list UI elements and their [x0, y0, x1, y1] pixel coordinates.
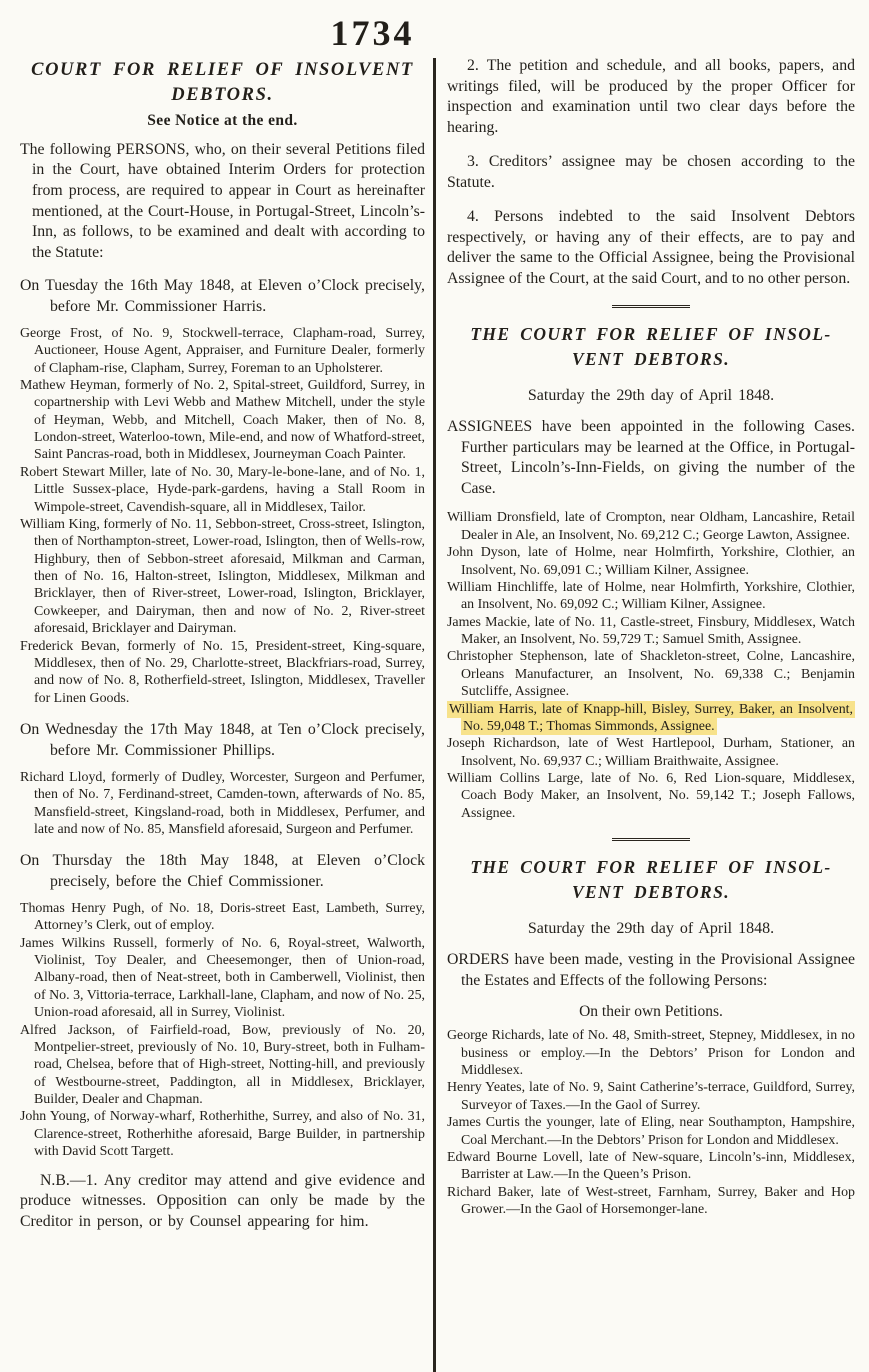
debtor-entry: Thomas Henry Pugh, of No. 18, Doris-stre… — [20, 900, 425, 935]
assignee-entry: William Collins Large, late of No. 6, Re… — [447, 770, 855, 822]
debtor-entry: John Young, of Norway-wharf, Rotherhithe… — [20, 1108, 425, 1160]
court-title-line-1: COURT FOR RELIEF OF INSOLVENT — [31, 60, 414, 80]
orders-section-title: THE COURT FOR RELIEF OF INSOL- VENT DEBT… — [447, 855, 855, 904]
assignees-title-line-1: THE COURT FOR RELIEF OF INSOL- — [470, 324, 831, 344]
petition-entry: Richard Baker, late of West-street, Farn… — [447, 1184, 855, 1219]
debtor-entry: Robert Stewart Miller, late of No. 30, M… — [20, 464, 425, 516]
court-title-line-2: DEBTORS. — [171, 85, 273, 105]
assignee-entry: Christopher Stephenson, late of Shacklet… — [447, 648, 855, 700]
assignee-entry: Joseph Richardson, late of West Hartlepo… — [447, 735, 855, 770]
see-notice-line: See Notice at the end. — [20, 112, 425, 130]
orders-title-line-2: VENT DEBTORS. — [572, 882, 730, 902]
sitting-heading-thursday: On Thursday the 18th May 1848, at Eleven… — [20, 851, 425, 893]
petitions-subheading: On their own Petitions. — [447, 1003, 855, 1021]
intro-paragraph: The following PERSONS, who, on their sev… — [20, 140, 425, 263]
petition-entry: Henry Yeates, late of No. 9, Saint Cathe… — [447, 1079, 855, 1114]
debtor-entry: Mathew Heyman, formerly of No. 2, Spital… — [20, 377, 425, 464]
section-divider-rule — [612, 838, 690, 841]
nota-bene-paragraph: N.B.—1. Any creditor may attend and give… — [20, 1171, 425, 1233]
column-divider-rule — [433, 58, 436, 1372]
sitting-heading-wednesday: On Wednesday the 17th May 1848, at Ten o… — [20, 720, 425, 762]
debtor-entry: Richard Lloyd, formerly of Dudley, Worce… — [20, 769, 425, 839]
court-title: COURT FOR RELIEF OF INSOLVENT DEBTORS. — [20, 58, 425, 108]
assignees-title-line-2: VENT DEBTORS. — [572, 349, 730, 369]
orders-intro: ORDERS have been made, vesting in the Pr… — [447, 950, 855, 991]
highlight-marker: William Harris, late of Knapp-hill, Bisl… — [447, 701, 855, 735]
assignees-section-title: THE COURT FOR RELIEF OF INSOL- VENT DEBT… — [447, 322, 855, 371]
sitting-heading-tuesday: On Tuesday the 16th May 1848, at Eleven … — [20, 276, 425, 318]
assignee-entry: William Hinchliffe, late of Holme, near … — [447, 579, 855, 614]
assignee-entry-highlighted: William Harris, late of Knapp-hill, Bisl… — [447, 701, 855, 736]
debtor-entry: William King, formerly of No. 11, Sebbon… — [20, 516, 425, 638]
numbered-note: 4. Persons indebted to the said Insolven… — [447, 207, 855, 289]
assignee-entry: John Dyson, late of Holme, near Holmfirt… — [447, 544, 855, 579]
debtor-entry: James Wilkins Russell, formerly of No. 6… — [20, 935, 425, 1022]
section-divider-rule — [612, 305, 690, 308]
numbered-note: 2. The petition and schedule, and all bo… — [447, 56, 855, 138]
left-column: COURT FOR RELIEF OF INSOLVENT DEBTORS. S… — [20, 56, 425, 1232]
assignee-entry: James Mackie, late of No. 11, Castle-str… — [447, 614, 855, 649]
right-column: 2. The petition and schedule, and all bo… — [447, 56, 855, 1218]
petition-entry: George Richards, late of No. 48, Smith-s… — [447, 1027, 855, 1079]
debtor-entry: Frederick Bevan, formerly of No. 15, Pre… — [20, 638, 425, 708]
assignee-entry: William Dronsfield, late of Crompton, ne… — [447, 509, 855, 544]
petition-entry: Edward Bourne Lovell, late of New-square… — [447, 1149, 855, 1184]
debtor-entry: George Frost, of No. 9, Stockwell-terrac… — [20, 325, 425, 377]
numbered-note: 3. Creditors’ assignee may be chosen acc… — [447, 152, 855, 193]
assignees-section-date: Saturday the 29th day of April 1848. — [447, 387, 855, 405]
petition-entry: James Curtis the younger, late of Eling,… — [447, 1114, 855, 1149]
assignees-intro: ASSIGNEES have been appointed in the fol… — [447, 417, 855, 499]
orders-title-line-1: THE COURT FOR RELIEF OF INSOL- — [470, 857, 831, 877]
orders-section-date: Saturday the 29th day of April 1848. — [447, 920, 855, 938]
page-number: 1734 — [0, 12, 745, 54]
debtor-entry: Alfred Jackson, of Fairfield-road, Bow, … — [20, 1022, 425, 1109]
gazette-page: 1734 COURT FOR RELIEF OF INSOLVENT DEBTO… — [0, 0, 869, 1372]
